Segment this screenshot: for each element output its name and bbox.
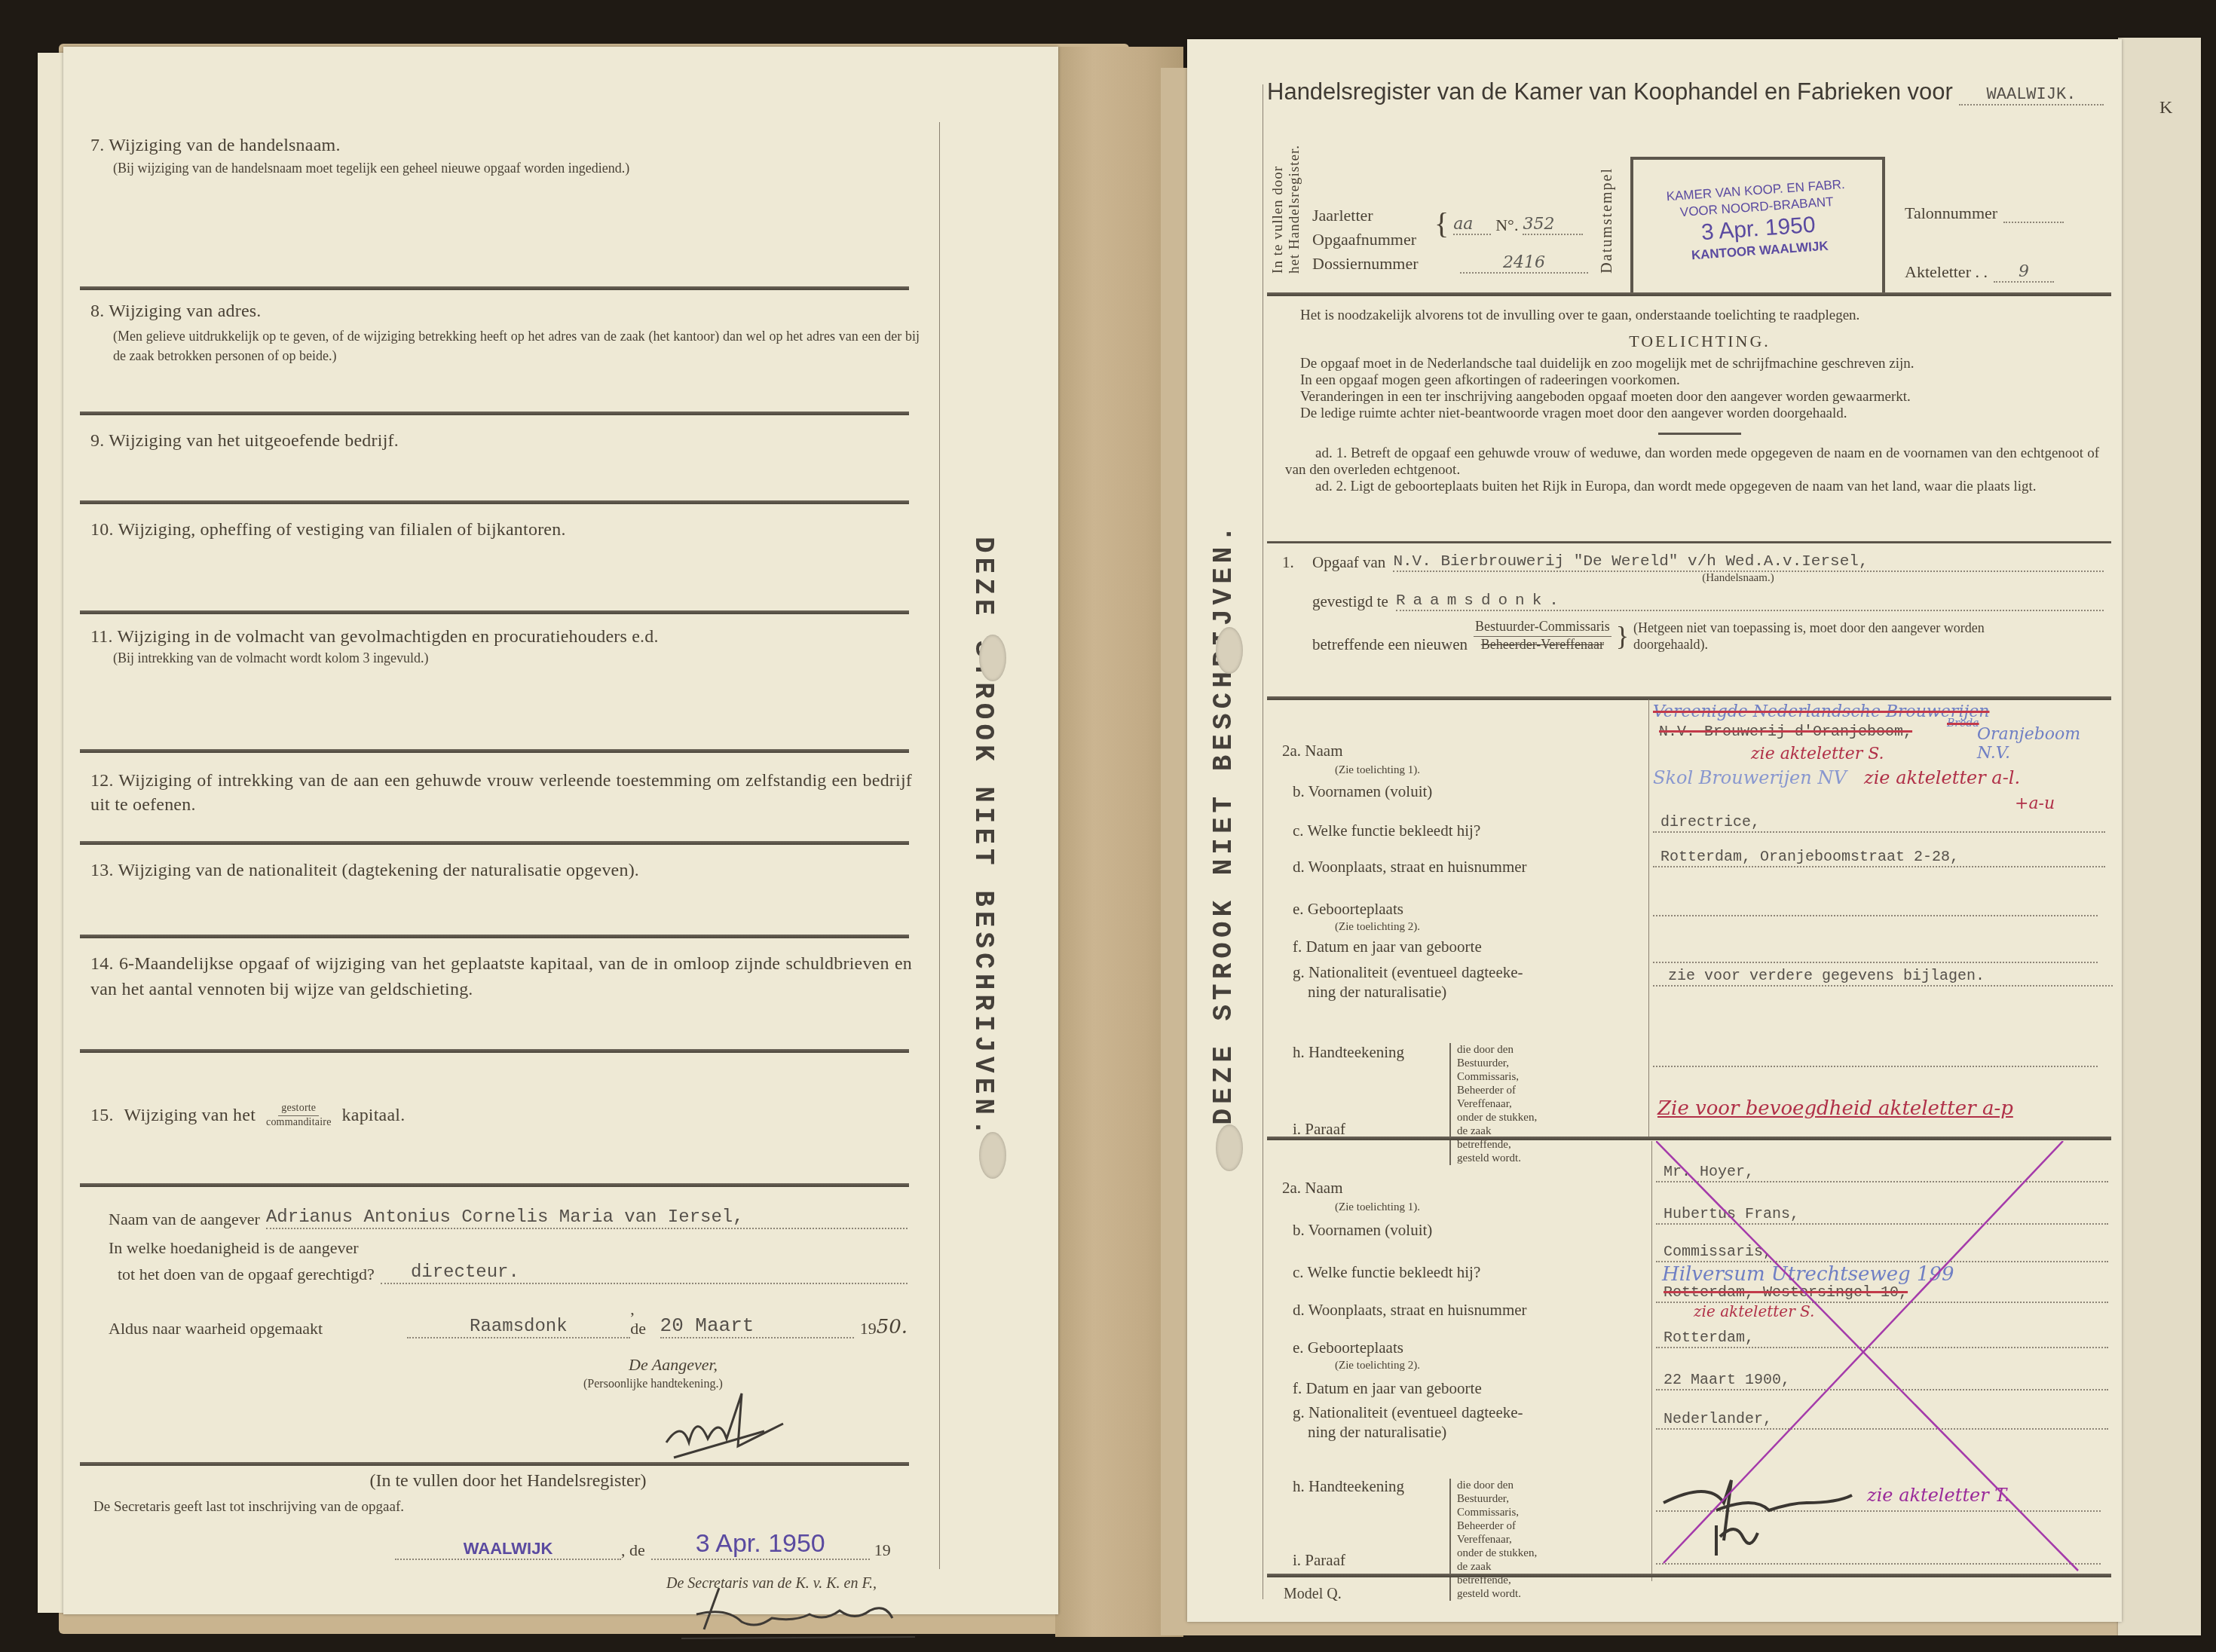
person1-nationality-field[interactable]: zie voor verdere gegevens bijlagen. xyxy=(1653,968,2113,987)
person2-values: Mr. Hoyer, Hubertus Frans, Commissaris, … xyxy=(1656,1141,2108,1578)
section-1: 1. Opgaaf van N.V. Bierbrouwerij "De Wer… xyxy=(1282,553,2104,654)
role-bestuurder: Bestuurder-Commissaris xyxy=(1474,619,1611,637)
section-rule xyxy=(80,841,909,845)
person1-address-field[interactable]: Rotterdam, Oranjeboomstraat 2-28, xyxy=(1653,849,2105,867)
registry-place-stamp: WAALWIJK xyxy=(395,1539,621,1560)
section-rule xyxy=(1267,541,2111,543)
annotation-red: zie akteletter S. xyxy=(1751,745,1884,763)
form-title: Handelsregister van de Kamer van Koophan… xyxy=(1267,78,1953,106)
question-8: 8. Wijziging van adres. (Men gelieve uit… xyxy=(90,301,920,366)
person1-birthdate-field[interactable] xyxy=(1653,947,2098,963)
model-label: Model Q. xyxy=(1284,1586,1342,1603)
section-rule xyxy=(80,1462,909,1466)
question-10: 10. Wijziging, opheffing of vestiging va… xyxy=(90,520,566,540)
question-11: 11. Wijziging in de volmacht van gevolma… xyxy=(90,627,920,666)
struck-handwritten-name: Vereenigde Nederlandsche Brouwerijen xyxy=(1653,702,1989,721)
kvk-stamp: KAMER VAN KOOP. EN FABR. VOOR NOORD-BRAB… xyxy=(1631,174,1884,268)
toelichting-rules: De opgaaf moet in de Nederlandsche taal … xyxy=(1300,356,2099,422)
form-header: Handelsregister van de Kamer van Koophan… xyxy=(1267,78,2104,106)
date-stamp-box: KAMER VAN KOOP. EN FABR. VOOR NOORD-BRAB… xyxy=(1630,157,1885,295)
question-15: 15. Wijziging van het gestorte commandit… xyxy=(90,1102,405,1130)
tab-letter: K xyxy=(2159,98,2172,118)
section-rule xyxy=(80,411,909,415)
punch-hole xyxy=(1216,1124,1243,1171)
column-divider xyxy=(1648,699,1649,1137)
punch-hole xyxy=(979,1132,1006,1179)
section-rule xyxy=(80,749,909,753)
person1-name-struck: N.V. Brouwerij d'Oranjeboom, xyxy=(1659,724,1912,741)
role-beheerder-struck: Beheerder-Vereffenaar xyxy=(1481,637,1604,653)
section-rule xyxy=(80,286,909,290)
jaarletter-field[interactable]: aa xyxy=(1453,215,1491,235)
question-7: 7. Wijziging van de handelsnaam. (Bij wi… xyxy=(90,136,920,176)
intro-block: Het is noodzakelijk alvorens tot de invu… xyxy=(1300,307,2099,495)
intro-line: Het is noodzakelijk alvorens tot de invu… xyxy=(1300,307,2099,324)
cancellation-cross xyxy=(1656,1141,2108,1578)
strip-warning-left: DEZE STROOK NIET BESCHRIJVEN. xyxy=(968,537,999,1140)
akte-row: Akteletter . . 9 xyxy=(1905,262,2054,283)
right-page: DEZE STROOK NIET BESCHRIJVEN. Handelsreg… xyxy=(1187,39,2122,1622)
strip-divider xyxy=(1263,84,1263,1599)
person1-signature-field[interactable] xyxy=(1653,1051,2098,1067)
trade-name-field[interactable]: N.V. Bierbrouwerij "De Wereld" v/h Wed.A… xyxy=(1393,553,2104,572)
location-field[interactable]: Raamsdonk. xyxy=(1396,592,2104,611)
registry-block: (In te vullen door het Handelsregister) … xyxy=(93,1471,923,1592)
place-field[interactable]: Raamsdonk xyxy=(407,1317,631,1338)
section-rule xyxy=(1267,292,2111,296)
section-rule xyxy=(80,935,909,938)
annotation-red-bottom: Zie voor bevoegdheid akteletter a-p xyxy=(1657,1097,2013,1120)
registry-labels: Jaarletter Opgaafnummer Dossiernummer xyxy=(1312,203,1419,276)
section-rule xyxy=(1267,1574,2111,1577)
declarant-signature xyxy=(659,1382,810,1465)
date-field[interactable]: 20 Maart xyxy=(660,1314,854,1338)
column-divider xyxy=(1651,1141,1652,1581)
datumstempel-label: Datumstempel xyxy=(1599,167,1616,274)
underlying-sheets-right xyxy=(2118,38,2201,1635)
punch-hole xyxy=(1216,627,1243,674)
question-14: 14. 6-Maandelijkse opgaaf of wijziging v… xyxy=(90,951,912,1002)
person1-birthplace-field[interactable] xyxy=(1653,900,2098,916)
declarant-capacity-field[interactable]: directeur. xyxy=(381,1262,908,1284)
registry-date-stamp: 3 Apr. 1950 xyxy=(651,1529,870,1560)
declarant-name-field[interactable]: Adrianus Antonius Cornelis Maria van Ier… xyxy=(266,1207,908,1229)
question-9: 9. Wijziging van het uitgeoefende bedrij… xyxy=(90,431,399,451)
section-rule xyxy=(80,1183,909,1187)
year-field[interactable]: 50. xyxy=(877,1316,908,1338)
section-rule xyxy=(80,1049,909,1053)
person1-function-field[interactable]: directrice, xyxy=(1653,814,2105,833)
year-number-row: { aa N°. 352 xyxy=(1434,213,1583,235)
declarant-block: Naam van de aangever Adrianus Antonius C… xyxy=(109,1207,908,1391)
section-rule xyxy=(1267,696,2111,700)
talonnummer-field[interactable] xyxy=(2003,203,2064,223)
punch-hole xyxy=(979,635,1006,681)
city-field[interactable]: WAALWIJK. xyxy=(1959,85,2104,106)
akteletter-field[interactable]: 9 xyxy=(1994,262,2054,283)
talon-row: Talonnummer xyxy=(1905,203,2064,223)
strip-divider xyxy=(939,122,940,1569)
section-rule xyxy=(1267,1137,2111,1140)
strip-warning-right: DEZE STROOK NIET BESCHRIJVEN. xyxy=(1208,522,1239,1125)
left-page: DEZE STROOK NIET BESCHRIJVEN. 7. Wijzigi… xyxy=(63,47,1058,1614)
registry-box: In te vullen doorhet Handelsregister. Ja… xyxy=(1267,115,2104,295)
registry-side-label: In te vullen doorhet Handelsregister. xyxy=(1270,145,1303,274)
secretary-signature xyxy=(681,1584,923,1644)
section-rule xyxy=(80,610,909,614)
question-12: 12. Wijziging of intrekking van de aan e… xyxy=(90,769,912,817)
section-rule xyxy=(80,500,909,504)
opgaafnummer-field[interactable]: 352 xyxy=(1523,215,1583,235)
toelichting-title: TOELICHTING. xyxy=(1300,332,2099,351)
dossiernummer-field[interactable]: 2416 xyxy=(1460,253,1588,274)
question-13: 13. Wijziging van de nationaliteit (dagt… xyxy=(90,861,639,881)
